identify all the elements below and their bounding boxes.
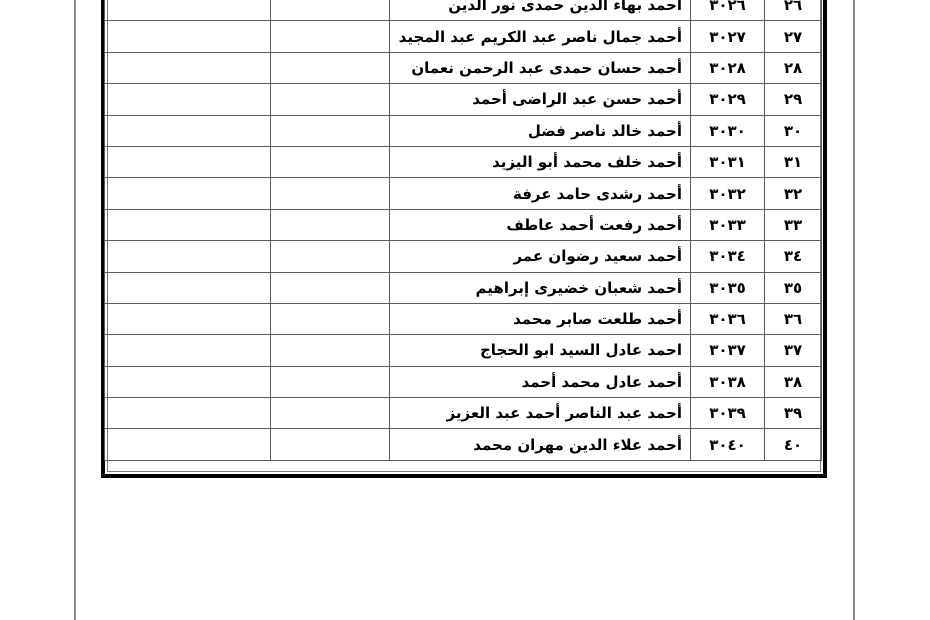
serial-cell: ٣٣ bbox=[765, 209, 822, 240]
table-row: ٣٠ ٣٠٣٠ أحمد خالد ناصر فضل bbox=[105, 115, 822, 146]
serial-cell: ٣٦ bbox=[765, 303, 822, 334]
serial-cell: ٤٠ bbox=[765, 429, 822, 460]
name-cell: أحمد علاء الدين مهران محمد bbox=[390, 429, 691, 460]
serial-cell: ٣٩ bbox=[765, 398, 822, 429]
table-row: ٣٤ ٣٠٣٤ أحمد سعيد رضوان عمر bbox=[105, 241, 822, 272]
page-border-left bbox=[74, 0, 76, 620]
blank-cell bbox=[105, 209, 271, 240]
blank-cell bbox=[271, 0, 390, 21]
serial-cell: ٣٠ bbox=[765, 115, 822, 146]
table-row: ٣٨ ٣٠٣٨ أحمد عادل محمد أحمد bbox=[105, 366, 822, 397]
blank-cell bbox=[271, 366, 390, 397]
serial-cell: ٣٨ bbox=[765, 366, 822, 397]
blank-cell bbox=[271, 178, 390, 209]
blank-cell bbox=[105, 398, 271, 429]
roster-body: ٢٦ ٣٠٢٦ أحمد بهاء الدين حمدى نور الدين ٢… bbox=[105, 0, 822, 460]
name-cell: أحمد بهاء الدين حمدى نور الدين bbox=[390, 0, 691, 21]
blank-cell bbox=[271, 52, 390, 83]
table-row: ٢٦ ٣٠٢٦ أحمد بهاء الدين حمدى نور الدين bbox=[105, 0, 822, 21]
table-row: ٣٢ ٣٠٣٢ أحمد رشدى حامد عرفة bbox=[105, 178, 822, 209]
code-cell: ٣٠٣٨ bbox=[691, 366, 765, 397]
serial-cell: ٣١ bbox=[765, 146, 822, 177]
blank-cell bbox=[271, 303, 390, 334]
blank-cell bbox=[271, 272, 390, 303]
code-cell: ٣٠٣١ bbox=[691, 146, 765, 177]
blank-cell bbox=[271, 429, 390, 460]
blank-cell bbox=[105, 0, 271, 21]
blank-cell bbox=[105, 84, 271, 115]
name-cell: أحمد رفعت أحمد عاطف bbox=[390, 209, 691, 240]
blank-cell bbox=[105, 21, 271, 52]
serial-cell: ٣٢ bbox=[765, 178, 822, 209]
table-row: ٣٧ ٣٠٣٧ احمد عادل السيد ابو الحجاج bbox=[105, 335, 822, 366]
code-cell: ٣٠٣٠ bbox=[691, 115, 765, 146]
blank-cell bbox=[271, 115, 390, 146]
serial-cell: ٢٦ bbox=[765, 0, 822, 21]
serial-cell: ٣٧ bbox=[765, 335, 822, 366]
blank-cell bbox=[271, 146, 390, 177]
blank-cell bbox=[105, 52, 271, 83]
serial-cell: ٢٩ bbox=[765, 84, 822, 115]
table-row: ٢٧ ٣٠٢٧ أحمد جمال ناصر عبد الكريم عبد ال… bbox=[105, 21, 822, 52]
blank-cell bbox=[105, 366, 271, 397]
blank-cell bbox=[105, 146, 271, 177]
code-cell: ٣٠٢٦ bbox=[691, 0, 765, 21]
code-cell: ٣٠٣٦ bbox=[691, 303, 765, 334]
blank-cell bbox=[105, 115, 271, 146]
blank-cell bbox=[271, 241, 390, 272]
code-cell: ٣٠٢٨ bbox=[691, 52, 765, 83]
name-cell: أحمد جمال ناصر عبد الكريم عبد المجيد bbox=[390, 21, 691, 52]
name-cell: أحمد سعيد رضوان عمر bbox=[390, 241, 691, 272]
code-cell: ٣٠٤٠ bbox=[691, 429, 765, 460]
serial-cell: ٢٧ bbox=[765, 21, 822, 52]
name-cell: أحمد رشدى حامد عرفة bbox=[390, 178, 691, 209]
student-roster-table: ٢٦ ٣٠٢٦ أحمد بهاء الدين حمدى نور الدين ٢… bbox=[104, 0, 822, 461]
blank-cell bbox=[105, 178, 271, 209]
table-row: ٣٩ ٣٠٣٩ أحمد عبد الناصر أحمد عبد العزيز bbox=[105, 398, 822, 429]
serial-cell: ٣٥ bbox=[765, 272, 822, 303]
code-cell: ٣٠٣٣ bbox=[691, 209, 765, 240]
name-cell: أحمد عادل محمد أحمد bbox=[390, 366, 691, 397]
name-cell: أحمد شعبان خضيرى إبراهيم bbox=[390, 272, 691, 303]
table-row: ٣١ ٣٠٣١ أحمد خلف محمد أبو اليزيد bbox=[105, 146, 822, 177]
name-cell: أحمد طلعت صابر محمد bbox=[390, 303, 691, 334]
serial-cell: ٣٤ bbox=[765, 241, 822, 272]
table-row: ٢٨ ٣٠٢٨ أحمد حسان حمدى عبد الرحمن نعمان bbox=[105, 52, 822, 83]
name-cell: أحمد خلف محمد أبو اليزيد bbox=[390, 146, 691, 177]
code-cell: ٣٠٣٢ bbox=[691, 178, 765, 209]
blank-cell bbox=[271, 21, 390, 52]
blank-cell bbox=[105, 335, 271, 366]
name-cell: احمد عادل السيد ابو الحجاج bbox=[390, 335, 691, 366]
code-cell: ٣٠٣٥ bbox=[691, 272, 765, 303]
code-cell: ٣٠٣٧ bbox=[691, 335, 765, 366]
code-cell: ٣٠٣٤ bbox=[691, 241, 765, 272]
blank-cell bbox=[271, 335, 390, 366]
serial-cell: ٢٨ bbox=[765, 52, 822, 83]
code-cell: ٣٠٢٧ bbox=[691, 21, 765, 52]
blank-cell bbox=[271, 398, 390, 429]
table-row: ٣٦ ٣٠٣٦ أحمد طلعت صابر محمد bbox=[105, 303, 822, 334]
name-cell: أحمد حسان حمدى عبد الرحمن نعمان bbox=[390, 52, 691, 83]
blank-cell bbox=[105, 241, 271, 272]
page-border-right bbox=[853, 0, 855, 620]
table-row: ٣٥ ٣٠٣٥ أحمد شعبان خضيرى إبراهيم bbox=[105, 272, 822, 303]
blank-cell bbox=[105, 429, 271, 460]
blank-cell bbox=[271, 209, 390, 240]
name-cell: أحمد حسن عبد الراضى أحمد bbox=[390, 84, 691, 115]
table-row: ٣٣ ٣٠٣٣ أحمد رفعت أحمد عاطف bbox=[105, 209, 822, 240]
code-cell: ٣٠٢٩ bbox=[691, 84, 765, 115]
table-row: ٢٩ ٣٠٢٩ أحمد حسن عبد الراضى أحمد bbox=[105, 84, 822, 115]
table-row: ٤٠ ٣٠٤٠ أحمد علاء الدين مهران محمد bbox=[105, 429, 822, 460]
blank-cell bbox=[271, 84, 390, 115]
name-cell: أحمد عبد الناصر أحمد عبد العزيز bbox=[390, 398, 691, 429]
blank-cell bbox=[105, 303, 271, 334]
name-cell: أحمد خالد ناصر فضل bbox=[390, 115, 691, 146]
code-cell: ٣٠٣٩ bbox=[691, 398, 765, 429]
blank-cell bbox=[105, 272, 271, 303]
